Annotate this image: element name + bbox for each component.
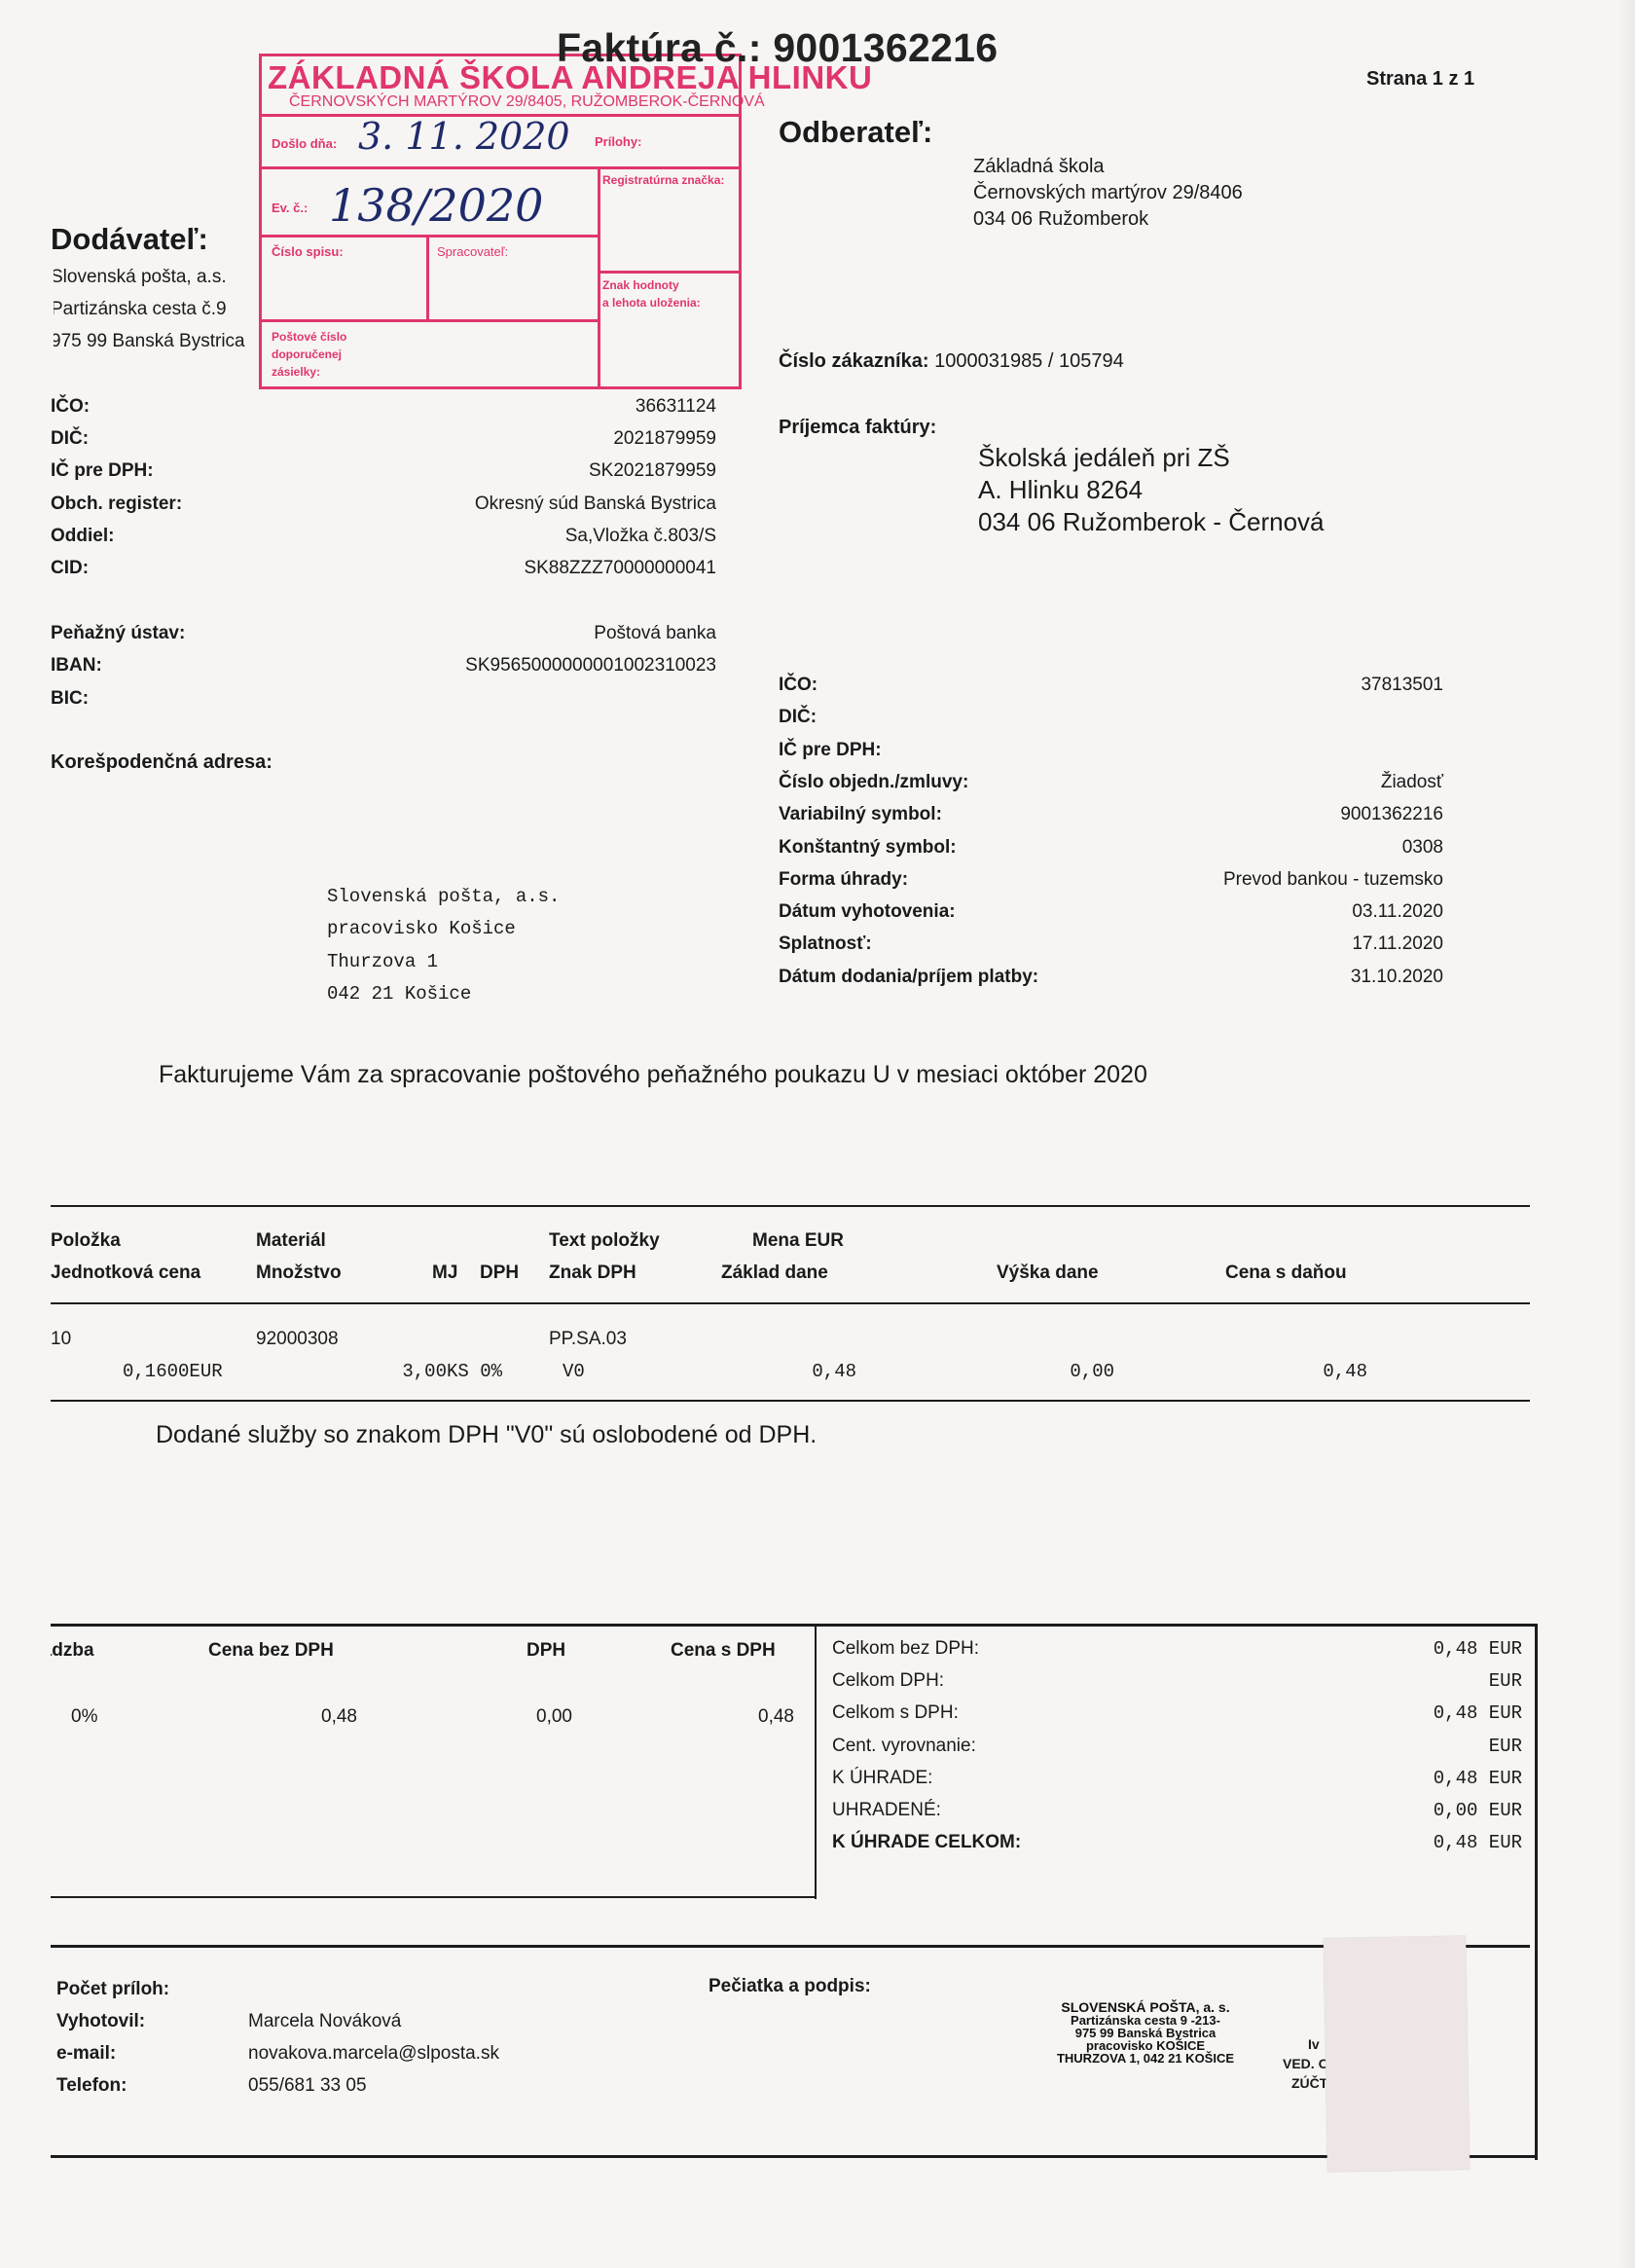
email-value[interactable]: novakova.marcela@slposta.sk [248, 2043, 499, 2065]
correspondence-line: Thurzova 1 [327, 951, 438, 972]
col-total: Cena s daňou [1225, 1262, 1347, 1284]
recipient-line: 034 06 Ružomberok - Černová [978, 507, 1325, 537]
bank-field-label: IBAN: [51, 655, 102, 677]
stamp-divider [262, 235, 599, 238]
stamp-registry-mark-label: Registratúrna značka: [602, 173, 724, 187]
stamp-file-no-label: Číslo spisu: [272, 244, 344, 259]
col-text: Text položky [549, 1230, 660, 1252]
total-label: K ÚHRADE CELKOM: [832, 1832, 1021, 1853]
table-bottom-rule [51, 1400, 1530, 1402]
total-value: 0,48 EUR [1285, 1768, 1522, 1789]
supplier-field-label: Oddiel: [51, 526, 114, 547]
total-value: 0,48 EUR [1285, 1638, 1522, 1660]
row-vat-code: V0 [563, 1361, 585, 1382]
customer-number-label: Číslo zákazníka: [779, 350, 929, 372]
row-item: 10 [51, 1329, 71, 1350]
company-stamp: SLOVENSKÁ POŠTA, a. s.Partizánska cesta … [1053, 2001, 1238, 2065]
summary-col-vat: DPH [527, 1640, 565, 1662]
customer-field-label: Konštantný symbol: [779, 837, 957, 859]
total-value: 0,48 EUR [1285, 1702, 1522, 1724]
recipient-line: A. Hlinku 8264 [978, 475, 1143, 505]
correspondence-line: pracovisko Košice [327, 918, 516, 939]
col-currency: Mena EUR [752, 1230, 844, 1252]
summary-rate: 0% [71, 1706, 97, 1728]
supplier-field-value: 36631124 [327, 396, 716, 418]
supplier-field-value: 2021879959 [327, 428, 716, 450]
handwritten-record-number: 138/2020 [329, 179, 543, 232]
recipient-line: Školská jedáleň pri ZŠ [978, 443, 1230, 473]
summary-col-gross: Cena s DPH [671, 1640, 776, 1662]
footer-bottom-rule [51, 2155, 1538, 2158]
company-stamp-line: THURZOVA 1, 042 21 KOŠICE [1053, 2052, 1238, 2065]
row-unit-price: 0,1600EUR [123, 1361, 223, 1382]
col-uom: MJ [432, 1262, 457, 1284]
row-total: 0,48 [1270, 1361, 1367, 1382]
box-right-border [1535, 1624, 1538, 2160]
footer-top-rule [51, 1945, 1530, 1948]
col-material: Materiál [256, 1230, 326, 1252]
bank-field-label: BIC: [51, 688, 89, 710]
summary-divider [815, 1624, 817, 1899]
supplier-heading: Dodávateľ: [51, 222, 208, 257]
customer-heading: Odberateľ: [779, 115, 932, 150]
row-base: 0,48 [759, 1361, 856, 1382]
attachments-label: Počet príloh: [56, 1979, 169, 2000]
customer-field-value: Žiadosť [1054, 772, 1443, 793]
table-header-rule [51, 1302, 1530, 1304]
customer-field-value: 0308 [1054, 837, 1443, 859]
stamp-value-mark-label-2: a lehota uloženia: [602, 296, 701, 310]
paper-patch [1324, 1936, 1470, 2173]
total-label: Celkom DPH: [832, 1670, 944, 1692]
total-value: EUR [1285, 1736, 1522, 1757]
col-unit-price: Jednotková cena [51, 1262, 200, 1284]
row-text: PP.SA.03 [549, 1329, 627, 1350]
issued-by-label: Vyhotovil: [56, 2011, 145, 2032]
col-vat: DPH [480, 1262, 519, 1284]
total-value: EUR [1285, 1670, 1522, 1692]
bank-field-value: SK9565000000001002310023 [327, 655, 716, 677]
customer-field-value: 9001362216 [1054, 804, 1443, 825]
bank-field-label: Peňažný ústav: [51, 623, 185, 644]
signature-label: Pečiatka a podpis: [708, 1976, 871, 1997]
page-indicator: Strana 1 z 1 [1366, 68, 1474, 91]
scan-edge [1617, 0, 1635, 2268]
phone-label: Telefon: [56, 2075, 127, 2097]
customer-number: Číslo zákazníka: 1000031985 / 105794 [779, 350, 1124, 373]
summary-bottom-rule [51, 1896, 817, 1898]
stamp-divider [598, 166, 600, 389]
customer-field-value: 37813501 [1054, 675, 1443, 696]
stamp-school-address: ČERNOVSKÝCH MARTÝROV 29/8405, RUŽOMBEROK… [289, 93, 765, 111]
customer-address-line: Základná škola [973, 156, 1105, 178]
customer-field-label: IČ pre DPH: [779, 740, 882, 761]
stamp-postal-label-1: Poštové číslo [272, 330, 346, 344]
correspondence-line: Slovenská pošta, a.s. [327, 886, 560, 907]
summary-vat: 0,00 [475, 1706, 572, 1728]
total-value: 0,00 EUR [1285, 1800, 1522, 1821]
stamp-postal-label-2: doporučenej [272, 348, 342, 361]
summary-gross: 0,48 [697, 1706, 794, 1728]
correspondence-label: Korešpodenčná adresa: [51, 751, 272, 774]
customer-address-line: 034 06 Ružomberok [973, 208, 1148, 231]
customer-field-value: 17.11.2020 [1054, 933, 1443, 955]
supplier-address-line: Partizánska cesta č.9 [51, 299, 227, 320]
customer-field-value: 31.10.2020 [1054, 967, 1443, 988]
supplier-field-label: IČO: [51, 396, 90, 418]
stamp-value-mark-label-1: Znak hodnoty [602, 278, 679, 292]
customer-field-label: IČO: [779, 675, 817, 696]
customer-field-label: Variabilný symbol: [779, 804, 942, 825]
email-label: e-mail: [56, 2043, 116, 2065]
stamp-divider [426, 235, 429, 319]
issued-by-value: Marcela Nováková [248, 2011, 401, 2032]
supplier-field-label: IČ pre DPH: [51, 460, 154, 482]
stamp-postal-label-3: zásielky: [272, 365, 320, 379]
recipient-label: Príjemca faktúry: [779, 417, 936, 439]
row-material: 92000308 [256, 1329, 339, 1350]
phone-value: 055/681 33 05 [248, 2075, 367, 2097]
customer-field-label: Dátum dodania/príjem platby: [779, 967, 1038, 988]
customer-field-label: DIČ: [779, 707, 817, 728]
stamp-received-label: Došlo dňa: [272, 136, 337, 151]
row-quantity: 3,00KS 0% [269, 1361, 502, 1382]
col-vat-code: Znak DPH [549, 1262, 636, 1284]
vat-exemption-note: Dodané služby so znakom DPH "V0" sú oslo… [156, 1421, 817, 1449]
summary-col-rate: Sadzba [29, 1640, 94, 1662]
customer-field-label: Dátum vyhotovenia: [779, 901, 956, 923]
total-label: K ÚHRADE: [832, 1768, 932, 1789]
total-label: Celkom s DPH: [832, 1702, 959, 1724]
col-tax: Výška dane [997, 1262, 1099, 1284]
total-label: Celkom bez DPH: [832, 1638, 979, 1660]
customer-field-label: Splatnosť: [779, 933, 872, 955]
supplier-field-value: Sa,Vložka č.803/S [327, 526, 716, 547]
table-top-rule [51, 1205, 1530, 1207]
supplier-address-line: Slovenská pošta, a.s. [51, 267, 227, 288]
stamp-attachments-label: Prílohy: [595, 134, 641, 149]
customer-number-value: 1000031985 / 105794 [934, 350, 1124, 372]
stamp-record-no-label: Ev. č.: [272, 201, 308, 215]
supplier-field-label: Obch. register: [51, 494, 182, 515]
customer-field-value: Prevod bankou - tuzemsko [1054, 869, 1443, 891]
signatory-line: Iv [1308, 2036, 1320, 2052]
summary-col-net: Cena bez DPH [208, 1640, 334, 1662]
total-label: UHRADENÉ: [832, 1800, 941, 1821]
bank-field-value: Poštová banka [327, 623, 716, 644]
supplier-field-label: DIČ: [51, 428, 89, 450]
stamp-divider [599, 271, 739, 274]
stamp-processor-label: Spracovateľ: [437, 244, 508, 259]
supplier-field-value: Okresný súd Banská Bystrica [327, 494, 716, 515]
customer-field-value: 03.11.2020 [1054, 901, 1443, 923]
invoice-page: Faktúra č.: 9001362216 Strana 1 z 1 ZÁKL… [0, 0, 1635, 2268]
customer-address-line: Černovských martýrov 29/8406 [973, 182, 1243, 204]
supplier-field-value: SK2021879959 [327, 460, 716, 482]
supplier-address-line: 975 99 Banská Bystrica [51, 331, 245, 352]
col-base: Základ dane [721, 1262, 828, 1284]
row-tax: 0,00 [1017, 1361, 1114, 1382]
total-label: Cent. vyrovnanie: [832, 1736, 976, 1757]
handwritten-received-date: 3. 11. 2020 [358, 115, 570, 158]
total-value: 0,48 EUR [1285, 1832, 1522, 1853]
stamp-divider [262, 166, 739, 169]
summary-net: 0,48 [260, 1706, 357, 1728]
invoice-title: Faktúra č.: 9001362216 [557, 25, 998, 71]
stamp-divider [262, 319, 599, 322]
col-quantity: Množstvo [256, 1262, 342, 1284]
correspondence-line: 042 21 Košice [327, 983, 471, 1005]
supplier-field-value: SK88ZZZ70000000041 [327, 558, 716, 579]
supplier-field-label: CID: [51, 558, 89, 579]
col-item: Položka [51, 1230, 121, 1252]
customer-field-label: Číslo objedn./zmluvy: [779, 772, 968, 793]
invoice-description: Fakturujeme Vám za spracovanie poštového… [159, 1061, 1147, 1089]
totals-top-rule [51, 1624, 1538, 1627]
customer-field-label: Forma úhrady: [779, 869, 908, 891]
